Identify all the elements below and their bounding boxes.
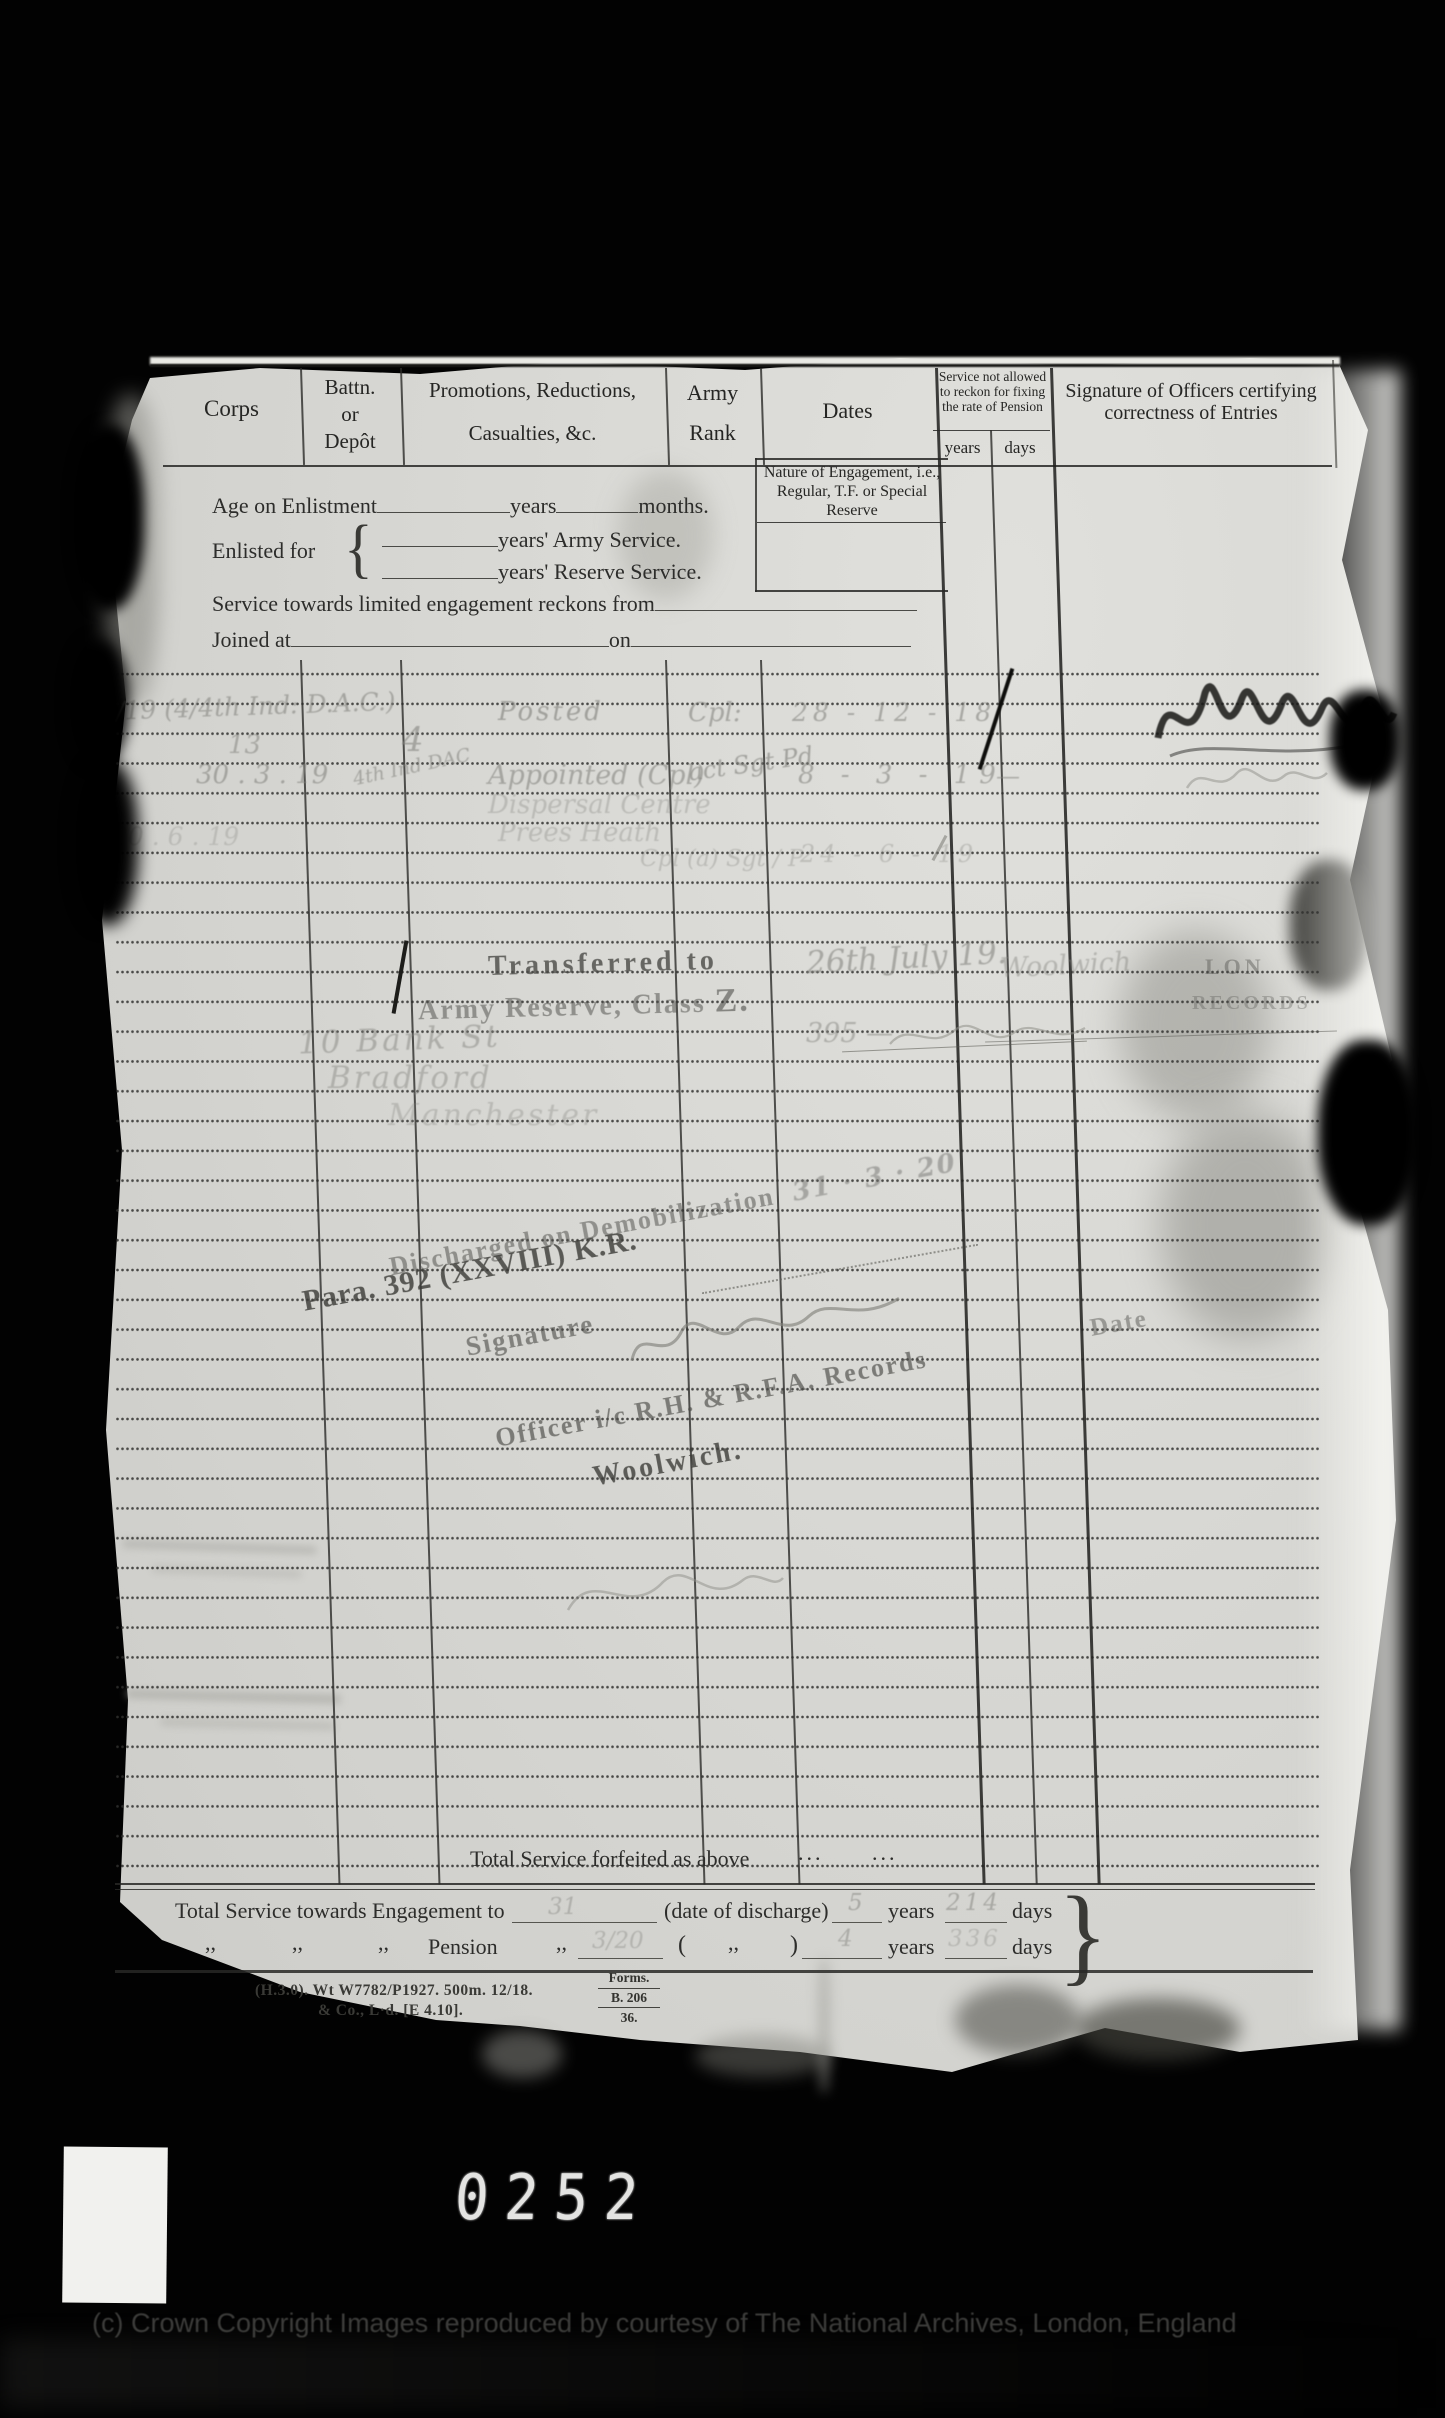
col-header-corps: Corps	[163, 396, 300, 422]
records-stamp: RECORDS	[1192, 992, 1311, 1015]
entry-corps: 13	[228, 730, 261, 760]
totals-blank	[512, 1922, 657, 1923]
promo-line2: Casualties, &c.	[400, 421, 665, 446]
transferred-stamp-z: Z.	[714, 982, 750, 1020]
pension-years-label: years	[888, 1934, 934, 1960]
ditto-mark: ,,	[292, 1930, 303, 1956]
entry-event: Dispersal Centre	[488, 790, 711, 820]
totals-blank	[802, 1958, 882, 1959]
totals-blank	[832, 1922, 882, 1923]
col-header-battn: Battn. or Depôt	[300, 374, 400, 455]
on-label: on	[609, 627, 631, 652]
age-years-label: years	[510, 493, 556, 518]
header-bottom-rule	[163, 465, 1332, 467]
pencil-flourish	[558, 1560, 788, 1625]
totals-years-label: years	[888, 1898, 934, 1924]
ditto-mark: ,,	[728, 1930, 739, 1956]
army-service-line: years' Army Service.	[382, 524, 681, 553]
age-years-blank	[377, 490, 510, 513]
forfeited-dots: ...	[872, 1840, 898, 1866]
age-months-label: months.	[638, 493, 708, 518]
reserve-service-line: years' Reserve Service.	[382, 556, 702, 585]
promo-line1: Promotions, Reductions,	[400, 378, 665, 403]
joined-at-blank	[291, 624, 609, 647]
forfeited-dots: ...	[798, 1840, 824, 1866]
enlisted-brace: {	[344, 511, 373, 587]
pension-days-label: days	[1012, 1934, 1052, 1960]
frame-counter: 0252	[453, 2162, 656, 2235]
col-header-days: days	[990, 438, 1050, 458]
col-header-promotions: Promotions, Reductions, Casualties, &c.	[400, 378, 665, 446]
table-bottom-rule	[115, 1883, 1315, 1885]
tear	[1318, 1040, 1418, 1225]
totals-blank	[945, 1922, 1007, 1923]
entry-pension-mark: —	[996, 762, 1020, 790]
page-top-edge	[150, 364, 1340, 367]
forms-label: Forms.	[598, 1970, 660, 1986]
nature-box-top	[755, 458, 948, 460]
col-header-pension: Service not allowed to reckon for fixing…	[934, 369, 1051, 414]
ditto-mark: ,,	[205, 1930, 216, 1956]
entry-date: 8 - 3 - 19	[798, 760, 1005, 790]
transfer-number-handwriting: 395 —	[806, 1018, 893, 1049]
address-line1: 10 Bank St	[297, 1018, 501, 1061]
battn-line3: Depôt	[300, 428, 400, 455]
rank-line2: Rank	[665, 420, 760, 446]
totals-date-of-discharge: (date of discharge)	[664, 1898, 829, 1924]
rank-line1: Army	[665, 380, 760, 406]
enlisted-for-label: Enlisted for	[212, 538, 315, 564]
reserve-service-blank	[382, 556, 498, 579]
battn-line2: or	[300, 401, 400, 428]
crossed-out-scrawl	[885, 1012, 1095, 1058]
totals-years-value: 5	[848, 1890, 863, 1916]
address-line2: Bradford	[328, 1060, 493, 1096]
pension-date-value: 3/20	[592, 1928, 644, 1954]
reserve-service-label: years' Reserve Service.	[498, 559, 702, 584]
entry-event: Appointed (Cpl)	[488, 760, 705, 791]
battn-line1: Battn.	[300, 374, 400, 401]
totals-pension-label: Pension	[428, 1934, 498, 1960]
forfeited-label: Total Service forfeited as above	[470, 1846, 749, 1872]
forms-sub: 36.	[598, 2010, 660, 2026]
pencil-smudge	[482, 2030, 562, 2078]
forms-number: B. 206	[598, 1988, 660, 2008]
col-header-years: years	[935, 438, 990, 458]
totals-blank	[578, 1958, 663, 1959]
pension-days-value: 336	[948, 1926, 1001, 1952]
joined-on-blank	[631, 624, 911, 647]
entry-date: 24 - 6 - 19	[800, 840, 978, 868]
entry-event: Prees Heath	[498, 818, 661, 848]
pencil-signature	[1182, 758, 1332, 800]
address-line3: Manchester	[388, 1098, 599, 1133]
pension-subrule	[933, 430, 1050, 431]
nature-box-label: Nature of Engagement, i.e., Regular, T.F…	[758, 463, 946, 520]
totals-bottom-rule	[115, 1970, 1313, 1973]
tear	[74, 425, 144, 610]
army-service-label: years' Army Service.	[498, 527, 681, 552]
age-on-enlistment-line: Age on Enlistmentyearsmonths.	[212, 490, 709, 519]
limited-label: Service towards limited engagement recko…	[212, 591, 655, 616]
tear	[1330, 690, 1400, 790]
joined-at-line: Joined aton	[212, 624, 911, 653]
paren-open: (	[678, 1932, 686, 1959]
film-haze	[0, 2338, 1445, 2408]
totals-brace: }	[1058, 1873, 1108, 1998]
totals-days-label: days	[1012, 1898, 1052, 1924]
entry-date: 28 - 12 - 18	[792, 698, 996, 727]
tear	[70, 640, 128, 765]
microfilm-scan: Corps Battn. or Depôt Promotions, Reduct…	[0, 0, 1445, 2418]
tear	[76, 760, 138, 925]
totals-discharge-date-value: 31	[548, 1894, 577, 1920]
copyright-notice: (c) Crown Copyright Images reproduced by…	[92, 2308, 1237, 2339]
entry-corps: 30 . 3 . 19	[196, 760, 328, 790]
col-header-signature: Signature of Officers certifying correct…	[1055, 380, 1327, 424]
table-bottom-rule2	[115, 1889, 1315, 1890]
pension-years-value: 4	[838, 1926, 853, 1952]
paren-close: )	[790, 1932, 798, 1959]
totals-days-value: 214	[946, 1890, 1002, 1916]
army-service-blank	[382, 524, 498, 547]
transferred-stamp-line1: Transferred to	[488, 945, 719, 983]
joined-at-label: Joined at	[212, 627, 291, 652]
entry-rank: Cpl (a) Sgt / P	[640, 846, 804, 872]
ditto-mark: ,,	[556, 1930, 567, 1956]
age-months-blank	[556, 490, 638, 513]
forms-reference: Forms. B. 206 36.	[598, 1970, 660, 2026]
col-header-dates: Dates	[760, 398, 935, 424]
print-imprint-line1: (H.3.0). Wt W7782/P1927. 500m. 12/18.	[255, 1982, 533, 2000]
entry-rank: Cpl:	[688, 698, 742, 728]
ditto-mark: ,,	[378, 1930, 389, 1956]
calibration-patch	[62, 2146, 168, 2303]
nature-box-bottom	[755, 590, 948, 592]
entry-event: Posted	[498, 697, 604, 727]
print-imprint-line2: & Co., L·d. [E 4.10].	[318, 2002, 463, 2020]
lon-stamp: LON	[1205, 954, 1265, 980]
nature-box-underline	[757, 522, 946, 523]
col-header-army-rank: Army Rank	[665, 380, 760, 446]
totals-blank	[945, 1958, 1007, 1959]
totals-engagement-label: Total Service towards Engagement to	[175, 1898, 505, 1924]
